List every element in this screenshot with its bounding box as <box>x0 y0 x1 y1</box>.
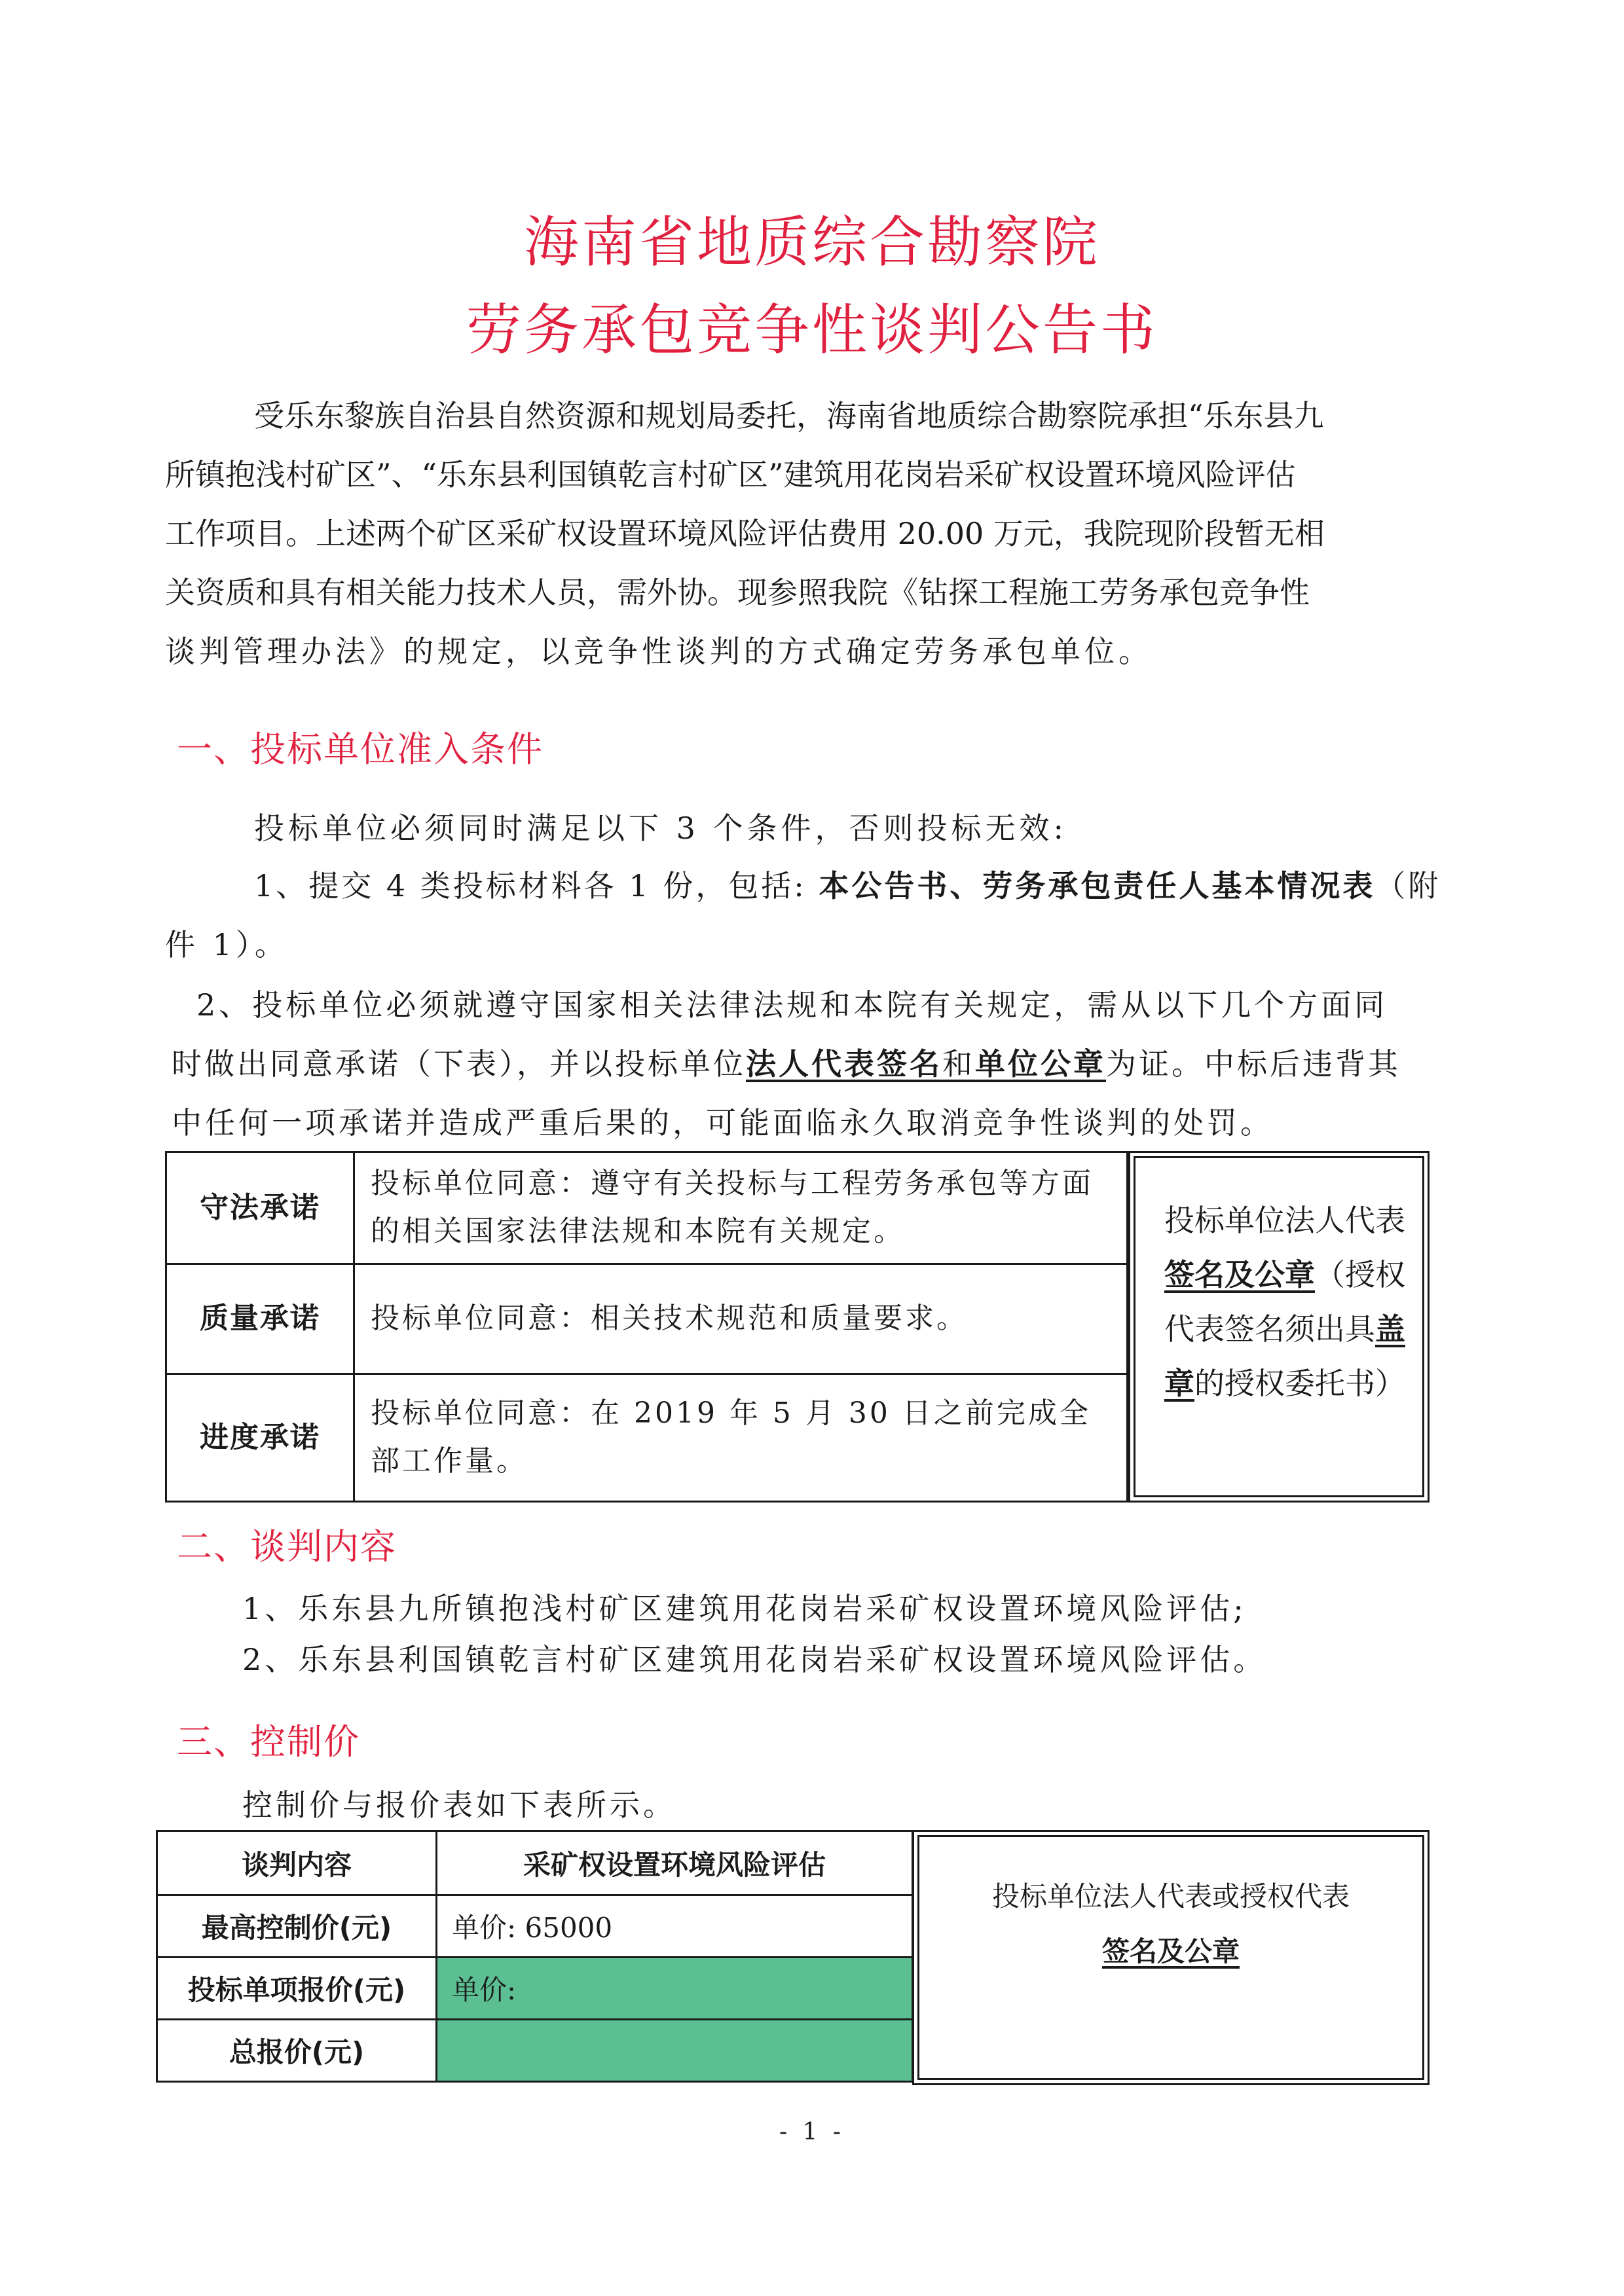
intro-line: 谈判管理办法》的规定，以竞争性谈判的方式确定劳务承包单位。 <box>165 636 1153 666</box>
price-signature-line2: 签名及公章 <box>914 1938 1428 1965</box>
unit-seal: 单位公章 <box>975 1046 1106 1082</box>
negotiation-item: 1、乐东县九所镇抱浅村矿区建筑用花岗岩采矿权设置环境风险评估; <box>242 1594 1247 1624</box>
authorization-letter: 的授权委托书） <box>1194 1366 1405 1401</box>
intro-line: 关资质和具有相关能力技术人员，需外协。现参照我院《钻探工程施工劳务承包竞争性 <box>165 577 1414 608</box>
bid-unit-price-field[interactable]: 单价: <box>437 1958 913 2020</box>
commitment-signature-box[interactable]: 投标单位法人代表 签名及公章（授权 代表签名须出具盖 章的授权委托书） <box>1128 1151 1430 1503</box>
price-table-header: 谈判内容 采矿权设置环境风险评估 <box>157 1831 913 1895</box>
price-row-max-control: 最高控制价(元) 单价: 65000 <box>157 1895 913 1958</box>
section-heading-eligibility: 一、投标单位准入条件 <box>177 732 544 767</box>
authorization-open: （授权 <box>1315 1257 1405 1292</box>
header-negotiation-content: 谈判内容 <box>157 1831 437 1895</box>
document-title-line1: 海南省地质综合勘察院 <box>0 215 1624 270</box>
signature-instruction-line2: 签名及公章（授权 <box>1164 1260 1405 1290</box>
control-price-intro: 控制价与报价表如下表所示。 <box>242 1790 676 1820</box>
eligibility-item-1: 1、提交 4 类投标材料各 1 份，包括: 本公告书、劳务承包责任人基本情况表（… <box>254 871 1441 901</box>
commitment-text: 投标单位同意：在 2019 年 5 月 30 日之前完成全部工作量。 <box>354 1374 1128 1502</box>
price-sign-and-seal: 签名及公章 <box>1102 1935 1240 1967</box>
intro-line-text: 工作项目。上述两个矿区采矿权设置环境风险评估费用 20.00 万元，我院现阶段暂… <box>165 519 1325 549</box>
price-signature-box[interactable]: 投标单位法人代表或授权代表 签名及公章 <box>912 1830 1430 2085</box>
intro-line-text: 所镇抱浅村矿区”、“乐东县利国镇乾言村矿区”建筑用花岗岩采矿权设置环境风险评估 <box>165 460 1296 490</box>
price-row-bid-unit: 投标单项报价(元) 单价: <box>157 1958 913 2020</box>
commitment-row: 守法承诺 投标单位同意：遵守有关投标与工程劳务承包等方面的相关国家法律法规和本院… <box>166 1152 1128 1264</box>
intro-line-text: 受乐东黎族自治县自然资源和规划局委托，海南省地质综合勘察院承担“乐东县九 <box>254 401 1324 431</box>
item2-prefix: 时做出同意承诺（下表），并以投标单位 <box>172 1046 746 1082</box>
commitment-row: 质量承诺 投标单位同意：相关技术规范和质量要求。 <box>166 1264 1128 1374</box>
item1-suffix: （附 <box>1375 868 1441 903</box>
price-row-label: 投标单项报价(元) <box>157 1958 437 2020</box>
price-row-label: 总报价(元) <box>157 2020 437 2082</box>
price-row-label: 最高控制价(元) <box>157 1895 437 1958</box>
negotiation-item: 2、乐东县利国镇乾言村矿区建筑用花岗岩采矿权设置环境风险评估。 <box>242 1645 1266 1675</box>
price-table: 谈判内容 采矿权设置环境风险评估 最高控制价(元) 单价: 65000 投标单项… <box>156 1830 913 2083</box>
header-risk-assessment: 采矿权设置环境风险评估 <box>437 1831 913 1895</box>
item2-and: 和 <box>942 1046 975 1082</box>
signature-instruction-line1: 投标单位法人代表 <box>1164 1205 1405 1235</box>
section-heading-control-price: 三、控制价 <box>177 1724 360 1760</box>
item2-underlined: 法人代表签名和单位公章 <box>746 1046 1106 1082</box>
commitment-label: 质量承诺 <box>166 1264 354 1374</box>
document-title-line2: 劳务承包竞争性谈判公告书 <box>0 302 1624 357</box>
commitment-label: 守法承诺 <box>166 1152 354 1264</box>
price-signature-line1: 投标单位法人代表或授权代表 <box>914 1883 1428 1910</box>
seal-underlined-2: 章 <box>1164 1366 1194 1401</box>
price-row-total: 总报价(元) <box>157 2020 913 2082</box>
eligibility-item-2-cont: 时做出同意承诺（下表），并以投标单位法人代表签名和单位公章为证。中标后违背其 <box>172 1049 1401 1079</box>
commitment-text: 投标单位同意：相关技术规范和质量要求。 <box>354 1264 1128 1374</box>
max-control-price-value: 单价: 65000 <box>437 1895 913 1958</box>
eligibility-item-2: 2、投标单位必须就遵守国家相关法律法规和本院有关规定，需从以下几个方面同 <box>196 990 1388 1020</box>
sign-and-seal: 签名及公章 <box>1164 1257 1315 1292</box>
section-heading-negotiation: 二、谈判内容 <box>177 1529 397 1565</box>
total-bid-price-field[interactable] <box>437 2020 913 2082</box>
authorized-rep-text: 代表签名须出具 <box>1164 1311 1375 1347</box>
commitment-label: 进度承诺 <box>166 1374 354 1502</box>
page-number: - 1 - <box>0 2119 1624 2145</box>
commitment-table: 守法承诺 投标单位同意：遵守有关投标与工程劳务承包等方面的相关国家法律法规和本院… <box>165 1151 1128 1503</box>
commitment-text: 投标单位同意：遵守有关投标与工程劳务承包等方面的相关国家法律法规和本院有关规定。 <box>354 1152 1128 1264</box>
intro-line-text: 关资质和具有相关能力技术人员，需外协。现参照我院《钻探工程施工劳务承包竞争性 <box>165 577 1310 608</box>
item2-suffix: 为证。中标后违背其 <box>1106 1046 1401 1082</box>
commitment-row: 进度承诺 投标单位同意：在 2019 年 5 月 30 日之前完成全部工作量。 <box>166 1374 1128 1502</box>
signature-instruction-line4: 章的授权委托书） <box>1164 1368 1405 1398</box>
seal-underlined-1: 盖 <box>1375 1311 1405 1347</box>
item1-prefix: 1、提交 4 类投标材料各 1 份，包括: <box>254 868 819 903</box>
legal-rep-signature: 法人代表签名 <box>746 1046 942 1082</box>
intro-line: 工作项目。上述两个矿区采矿权设置环境风险评估费用 20.00 万元，我院现阶段暂… <box>165 519 1414 549</box>
eligibility-item-2-end: 中任何一项承诺并造成严重后果的，可能面临永久取消竞争性谈判的处罚。 <box>172 1108 1274 1138</box>
eligibility-item-1-cont: 件 1）。 <box>165 930 289 960</box>
signature-instruction-line3: 代表签名须出具盖 <box>1164 1314 1405 1344</box>
eligibility-intro: 投标单位必须同时满足以下 3 个条件，否则投标无效: <box>254 813 1067 843</box>
intro-line: 受乐东黎族自治县自然资源和规划局委托，海南省地质综合勘察院承担“乐东县九 <box>254 401 1414 431</box>
item1-materials: 本公告书、劳务承包责任人基本情况表 <box>819 868 1375 903</box>
intro-line: 所镇抱浅村矿区”、“乐东县利国镇乾言村矿区”建筑用花岗岩采矿权设置环境风险评估 <box>165 460 1414 490</box>
